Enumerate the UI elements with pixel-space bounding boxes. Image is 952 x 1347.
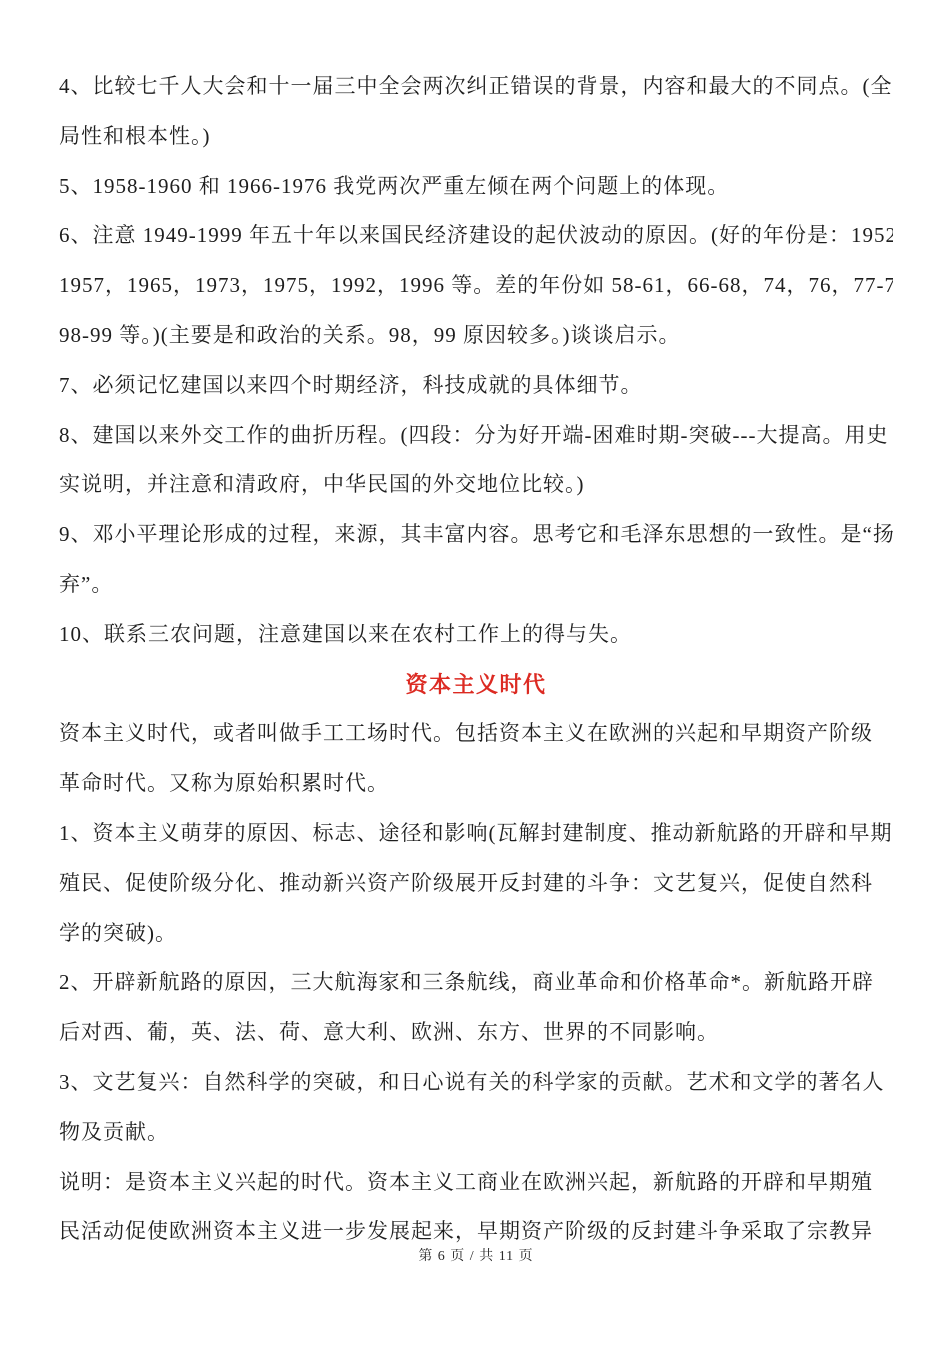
text-line: 后对西、葡，英、法、荷、意大利、欧洲、东方、世界的不同影响。 bbox=[59, 1008, 893, 1058]
text-line: 局性和根本性。) bbox=[59, 112, 893, 162]
text-line: 革命时代。又称为原始积累时代。 bbox=[59, 759, 893, 809]
text-line: 98-99 等。)(主要是和政治的关系。98，99 原因较多。)谈谈启示。 bbox=[59, 311, 893, 361]
text-line: 说明：是资本主义兴起的时代。资本主义工商业在欧洲兴起，新航路的开辟和早期殖 bbox=[59, 1158, 893, 1208]
document-page: 4、比较七千人大会和十一届三中全会两次纠正错误的背景，内容和最大的不同点。(全局… bbox=[0, 0, 952, 1347]
text-line: 物及贡献。 bbox=[59, 1108, 893, 1158]
text-line: 1957，1965，1973，1975，1992，1996 等。差的年份如 58… bbox=[59, 261, 893, 311]
document-body: 4、比较七千人大会和十一届三中全会两次纠正错误的背景，内容和最大的不同点。(全局… bbox=[59, 62, 893, 1257]
section-heading: 资本主义时代 bbox=[59, 660, 893, 710]
text-line: 6、注意 1949-1999 年五十年以来国民经济建设的起伏波动的原因。(好的年… bbox=[59, 211, 893, 261]
text-line: 2、开辟新航路的原因，三大航海家和三条航线，商业革命和价格革命*。新航路开辟 bbox=[59, 958, 893, 1008]
text-line: 3、文艺复兴：自然科学的突破，和日心说有关的科学家的贡献。艺术和文学的著名人 bbox=[59, 1058, 893, 1108]
text-line: 弃”。 bbox=[59, 560, 893, 610]
text-line: 1、资本主义萌芽的原因、标志、途径和影响(瓦解封建制度、推动新航路的开辟和早期 bbox=[59, 809, 893, 859]
text-line: 10、联系三农问题，注意建国以来在农村工作上的得与失。 bbox=[59, 610, 893, 660]
text-line: 9、邓小平理论形成的过程，来源，其丰富内容。思考它和毛泽东思想的一致性。是“扬 bbox=[59, 510, 893, 560]
page-footer: 第 6 页 / 共 11 页 bbox=[0, 1243, 952, 1271]
text-line: 实说明，并注意和清政府，中华民国的外交地位比较。) bbox=[59, 460, 893, 510]
text-line: 4、比较七千人大会和十一届三中全会两次纠正错误的背景，内容和最大的不同点。(全 bbox=[59, 62, 893, 112]
text-line: 5、1958-1960 和 1966-1976 我党两次严重左倾在两个问题上的体… bbox=[59, 162, 893, 212]
text-line: 资本主义时代，或者叫做手工工场时代。包括资本主义在欧洲的兴起和早期资产阶级 bbox=[59, 709, 893, 759]
text-line: 学的突破)。 bbox=[59, 909, 893, 959]
text-line: 8、建国以来外交工作的曲折历程。(四段：分为好开端-困难时期-突破---大提高。… bbox=[59, 411, 893, 461]
page-number-indicator: 第 6 页 / 共 11 页 bbox=[418, 1249, 533, 1264]
text-line: 7、必须记忆建国以来四个时期经济，科技成就的具体细节。 bbox=[59, 361, 893, 411]
text-line: 殖民、促使阶级分化、推动新兴资产阶级展开反封建的斗争：文艺复兴，促使自然科 bbox=[59, 859, 893, 909]
